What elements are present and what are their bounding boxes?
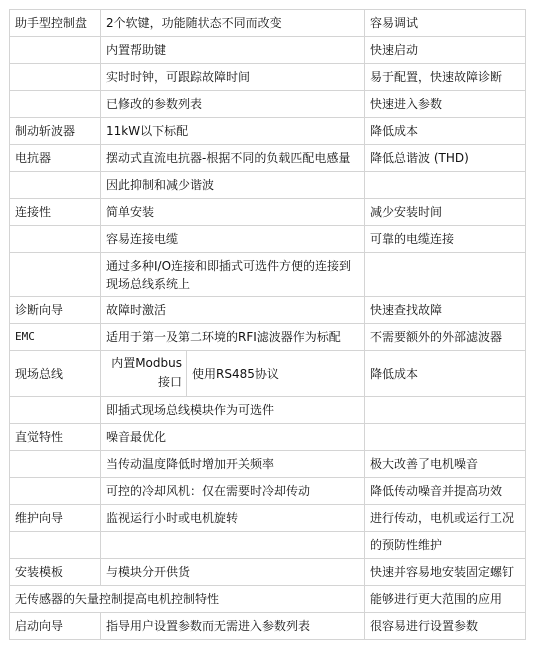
benefit-cell — [365, 424, 526, 451]
feature-cell: 制动斩波器 — [10, 118, 101, 145]
description-cell: 11kW以下标配 — [101, 118, 365, 145]
description-cell: 内置帮助键 — [101, 37, 365, 64]
table-row: 维护向导 监视运行小时或电机旋转 进行传动，电机或运行工况 — [10, 505, 526, 532]
feature-cell: 直觉特性 — [10, 424, 101, 451]
feature-cell — [10, 451, 101, 478]
benefit-cell: 很容易进行设置参数 — [365, 613, 526, 640]
description-cell: 摆动式直流电抗器-根据不同的负载匹配电感量 — [101, 145, 365, 172]
description-cell: 噪音最优化 — [101, 424, 365, 451]
table-row: 实时时钟，可跟踪故障时间 易于配置，快速故障诊断 — [10, 64, 526, 91]
table-row: 诊断向导 故障时激活 快速查找故障 — [10, 297, 526, 324]
feature-cell: 助手型控制盘 — [10, 10, 101, 37]
description-cell: 可控的冷却风机：仅在需要时冷却传动 — [101, 478, 365, 505]
benefit-cell: 降低成本 — [365, 351, 526, 397]
table-row: 通过多种I/O连接和即插式可选件方便的连接到现场总线系统上 — [10, 253, 526, 297]
table-row: 当传动温度降低时增加开关频率 极大改善了电机噪音 — [10, 451, 526, 478]
description-cell: 即插式现场总线模块作为可选件 — [101, 397, 365, 424]
description-cell: 与模块分开供货 — [101, 559, 365, 586]
benefit-cell: 降低总谐波 (THD) — [365, 145, 526, 172]
feature-cell: EMC — [10, 324, 101, 351]
table-row: 容易连接电缆 可靠的电缆连接 — [10, 226, 526, 253]
table-row: 安装模板 与模块分开供货 快速并容易地安装固定螺钉 — [10, 559, 526, 586]
feature-cell — [10, 253, 101, 297]
description-cell: 实时时钟，可跟踪故障时间 — [101, 64, 365, 91]
benefit-cell: 降低传动噪音并提高功效 — [365, 478, 526, 505]
feature-cell: 连接性 — [10, 199, 101, 226]
benefit-cell: 进行传动，电机或运行工况 — [365, 505, 526, 532]
benefit-cell: 快速启动 — [365, 37, 526, 64]
benefit-cell: 容易调试 — [365, 10, 526, 37]
benefit-cell: 易于配置，快速故障诊断 — [365, 64, 526, 91]
benefit-cell: 极大改善了电机噪音 — [365, 451, 526, 478]
table-row: 的预防性维护 — [10, 532, 526, 559]
description-split-cell: 内置Modbus接口 使用RS485协议 — [101, 351, 365, 397]
table-row: 电抗器 摆动式直流电抗器-根据不同的负载匹配电感量 降低总谐波 (THD) — [10, 145, 526, 172]
table-row: 连接性 简单安装 减少安装时间 — [10, 199, 526, 226]
description-cell: 2个软键，功能随状态不同而改变 — [101, 10, 365, 37]
description-cell: 监视运行小时或电机旋转 — [101, 505, 365, 532]
feature-span-cell: 无传感器的矢量控制提高电机控制特性 — [10, 586, 365, 613]
table-row: 即插式现场总线模块作为可选件 — [10, 397, 526, 424]
description-cell: 已修改的参数列表 — [101, 91, 365, 118]
description-right: 使用RS485协议 — [187, 351, 364, 396]
table-row: 可控的冷却风机：仅在需要时冷却传动 降低传动噪音并提高功效 — [10, 478, 526, 505]
description-cell: 通过多种I/O连接和即插式可选件方便的连接到现场总线系统上 — [101, 253, 365, 297]
benefit-cell: 不需要额外的外部滤波器 — [365, 324, 526, 351]
description-cell: 适用于第一及第二环境的RFI滤波器作为标配 — [101, 324, 365, 351]
feature-cell: 电抗器 — [10, 145, 101, 172]
feature-cell — [10, 172, 101, 199]
feature-cell: 安装模板 — [10, 559, 101, 586]
table-row: EMC 适用于第一及第二环境的RFI滤波器作为标配 不需要额外的外部滤波器 — [10, 324, 526, 351]
feature-cell: 维护向导 — [10, 505, 101, 532]
table-row: 内置帮助键 快速启动 — [10, 37, 526, 64]
description-left: 内置Modbus接口 — [101, 351, 187, 396]
table-row: 启动向导 指导用户设置参数而无需进入参数列表 很容易进行设置参数 — [10, 613, 526, 640]
feature-cell — [10, 397, 101, 424]
feature-cell — [10, 37, 101, 64]
benefit-cell — [365, 172, 526, 199]
description-cell: 简单安装 — [101, 199, 365, 226]
benefit-cell — [365, 253, 526, 297]
description-cell — [101, 532, 365, 559]
table-row: 因此抑制和减少谐波 — [10, 172, 526, 199]
benefit-cell: 的预防性维护 — [365, 532, 526, 559]
feature-cell: 诊断向导 — [10, 297, 101, 324]
table-row: 已修改的参数列表 快速进入参数 — [10, 91, 526, 118]
table-row: 无传感器的矢量控制提高电机控制特性 能够进行更大范围的应用 — [10, 586, 526, 613]
table-row: 制动斩波器 11kW以下标配 降低成本 — [10, 118, 526, 145]
description-cell: 因此抑制和减少谐波 — [101, 172, 365, 199]
feature-cell — [10, 532, 101, 559]
benefit-cell: 能够进行更大范围的应用 — [365, 586, 526, 613]
feature-cell — [10, 478, 101, 505]
table-row: 现场总线 内置Modbus接口 使用RS485协议 降低成本 — [10, 351, 526, 397]
benefit-cell — [365, 397, 526, 424]
benefit-cell: 快速进入参数 — [365, 91, 526, 118]
feature-cell — [10, 91, 101, 118]
description-cell: 故障时激活 — [101, 297, 365, 324]
description-cell: 容易连接电缆 — [101, 226, 365, 253]
benefit-cell: 减少安装时间 — [365, 199, 526, 226]
benefit-cell: 降低成本 — [365, 118, 526, 145]
feature-cell: 现场总线 — [10, 351, 101, 397]
benefit-cell: 可靠的电缆连接 — [365, 226, 526, 253]
benefit-cell: 快速查找故障 — [365, 297, 526, 324]
feature-cell — [10, 226, 101, 253]
table-row: 助手型控制盘 2个软键，功能随状态不同而改变 容易调试 — [10, 10, 526, 37]
feature-cell — [10, 64, 101, 91]
benefit-cell: 快速并容易地安装固定螺钉 — [365, 559, 526, 586]
feature-cell: 启动向导 — [10, 613, 101, 640]
description-cell: 当传动温度降低时增加开关频率 — [101, 451, 365, 478]
description-cell: 指导用户设置参数而无需进入参数列表 — [101, 613, 365, 640]
table-row: 直觉特性 噪音最优化 — [10, 424, 526, 451]
feature-table: 助手型控制盘 2个软键，功能随状态不同而改变 容易调试 内置帮助键 快速启动 实… — [9, 9, 526, 640]
